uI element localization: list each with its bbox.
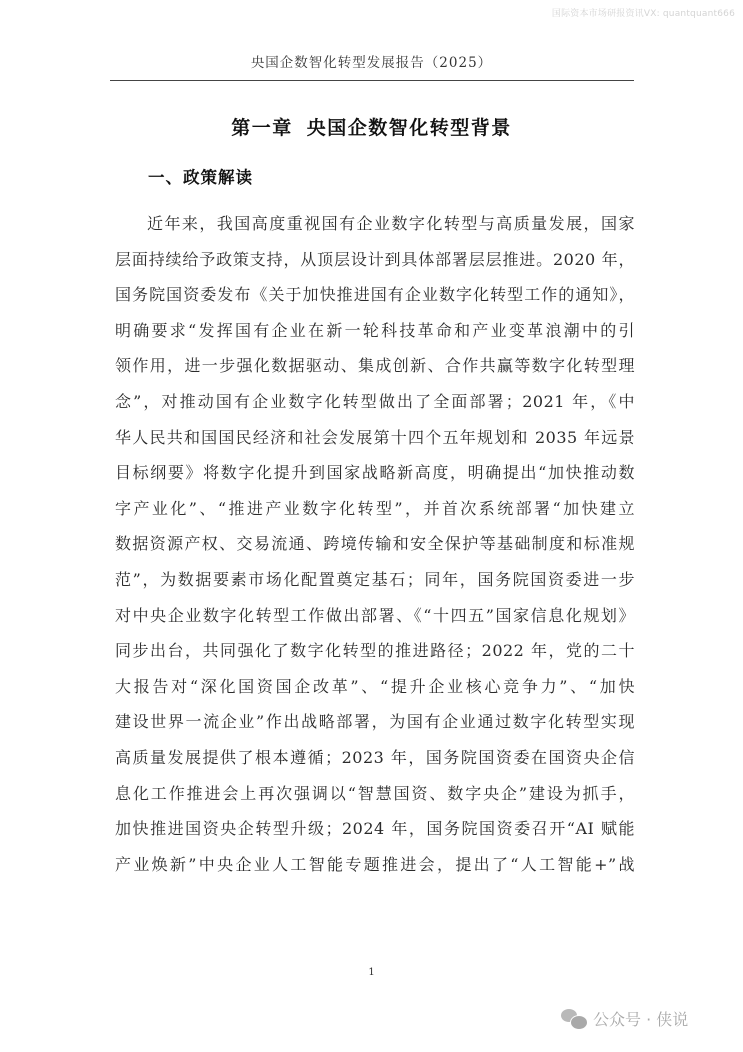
paragraph-line: 华人民共和国国民经济和社会发展第十四个五年规划和 2035 年远景 <box>115 420 635 456</box>
paragraph-line: 大报告对“深化国资国企改革”、“提升企业核心竞争力”、“加快 <box>115 669 635 705</box>
wechat-icon <box>561 1008 587 1030</box>
paragraph-line: 建设世界一流企业”作出战略部署，为国有企业通过数字化转型实现 <box>115 704 635 740</box>
paragraph-line: 范”，为数据要素市场化配置奠定基石；同年，国务院国资委进一步 <box>115 562 635 598</box>
paragraph-line: 同步出台，共同强化了数字化转型的推进路径；2022 年，党的二十 <box>115 633 635 669</box>
section-heading: 一、政策解读 <box>148 164 253 188</box>
paragraph-line: 领作用，进一步强化数据驱动、集成创新、合作共赢等数字化转型理 <box>115 348 635 384</box>
paragraph-line: 近年来，我国高度重视国有企业数字化转型与高质量发展，国家 <box>115 206 635 242</box>
header-divider <box>110 80 634 81</box>
paragraph-line: 明确要求“发挥国有企业在新一轮科技革命和产业变革浪潮中的引 <box>115 313 635 349</box>
paragraph-line: 念”，对推动国有企业数字化转型做出了全面部署；2021 年，《中 <box>115 384 635 420</box>
paragraph-line: 数据资源产权、交易流通、跨境传输和安全保护等基础制度和标准规 <box>115 526 635 562</box>
watermark-text: 公众号 · 侠说 <box>593 1007 688 1030</box>
paragraph-line: 对中央企业数字化转型工作做出部署、《“十四五”国家信息化规划》 <box>115 598 635 634</box>
running-header: 央国企数智化转型发展报告（2025） <box>0 51 743 71</box>
paragraph-line: 息化工作推进会上再次强调以“智慧国资、数字央企”建设为抓手， <box>115 776 635 812</box>
paragraph-line: 高质量发展提供了根本遵循；2023 年，国务院国资委在国资央企信 <box>115 740 635 776</box>
paragraph-line: 国务院国资委发布《关于加快推进国有企业数字化转型工作的通知》， <box>115 277 635 313</box>
paragraph-line: 产业焕新”中央企业人工智能专题推进会，提出了“人工智能+”战 <box>115 847 635 883</box>
top-watermark: 国际资本市场研报资讯VX: quantquant666 <box>552 6 735 19</box>
bottom-watermark: 公众号 · 侠说 <box>561 1007 688 1030</box>
paragraph-line: 加快推进国资央企转型升级；2024 年，国务院国资委召开“AI 赋能 <box>115 811 635 847</box>
paragraph-line: 字产业化”、“推进产业数字化转型”，并首次系统部署“加快建立 <box>115 491 635 527</box>
chapter-title: 第一章 央国企数智化转型背景 <box>0 113 743 140</box>
body-paragraph: 近年来，我国高度重视国有企业数字化转型与高质量发展，国家 层面持续给予政策支持，… <box>115 206 635 882</box>
page-number: 1 <box>0 967 743 978</box>
paragraph-line: 层面持续给予政策支持，从顶层设计到具体部署层层推进。2020 年， <box>115 242 635 278</box>
paragraph-line: 目标纲要》将数字化提升到国家战略新高度，明确提出“加快推动数 <box>115 455 635 491</box>
